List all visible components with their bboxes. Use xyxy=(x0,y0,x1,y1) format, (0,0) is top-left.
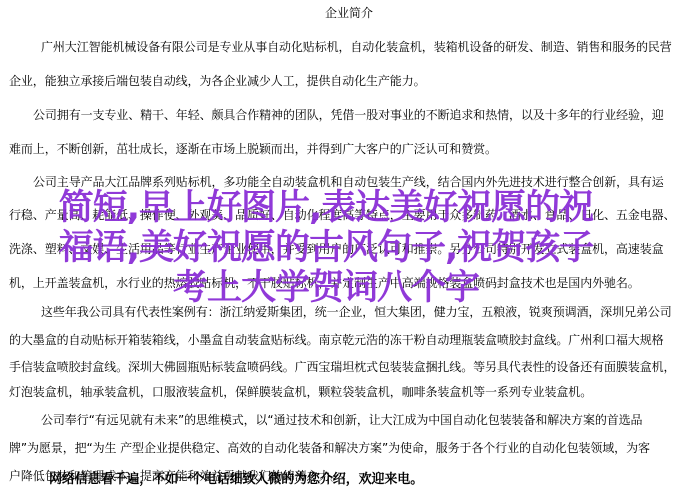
page-title: 企业简介 xyxy=(0,6,698,20)
overlay-line-3: 考上大学贺词八个字 xyxy=(6,268,646,308)
paragraph-line: 公司主导产品大江品牌系列贴标机，多功能全自动装盒机和自动包装生产线，结合国内外先… xyxy=(33,175,664,189)
paragraph-line: 企业，能独立承接后端包装自动线，为各企业减少人工，提供自动化生产能力。 xyxy=(9,74,426,88)
headline-overlay: 简短,早上好图片,表达美好祝愿的祝 福语,美好祝愿的古风句子,祝贺孩子 考上大学… xyxy=(6,188,646,308)
paragraph-line: 难而上，不断创新，茁壮成长，逐渐在市场上脱颖而出，并得到广大客户的广泛认可和赞赏… xyxy=(9,142,497,156)
overlay-line-1: 简短,早上好图片,表达美好祝愿的祝 xyxy=(6,188,646,228)
paragraph-line: 的大墨盒的自动贴标开箱装箱线，小墨盒自动装盒贴标线。南京乾元浩的冻干粉自动理瓶装… xyxy=(9,333,664,347)
overlay-line-2: 福语,美好祝愿的古风句子,祝贺孩子 xyxy=(6,228,646,268)
paragraph-line: 广州大江智能机械设备有限公司是专业从事自动化贴标机，自动化装盒机，装箱机设备的研… xyxy=(41,40,672,54)
paragraph-line: 手信装盒喷胶封盒线。深圳大佛圆瓶贴标装盒喷码线。广西宝瑞坦枕式包装装盒捆扎线。等… xyxy=(9,360,675,374)
paragraph-line: 灯泡装盒机，轴承装盒机，口服液装盒机，保鲜膜装盒机，颗粒袋装盒机，咖啡条装盒机等… xyxy=(9,385,592,399)
paragraph-line: 公司拥有一支专业、精干、年轻、颇具合作精神的团队，凭借一股对事业的不断追求和热情… xyxy=(33,108,664,122)
paragraph-line: 牌”为愿景，把“为生 产型企业提供稳定、高效的自动化装备和解决方案”为使命，服务… xyxy=(9,441,650,455)
paragraph-line: 公司奉行“有远见就有未来”的思维模式，以“通过技术和创新，让大江成为中国自动化包… xyxy=(41,413,642,427)
closing-line: 网络信息看千遍，不如一个电话细致入微的为您介绍，欢迎来电。 xyxy=(49,473,423,487)
